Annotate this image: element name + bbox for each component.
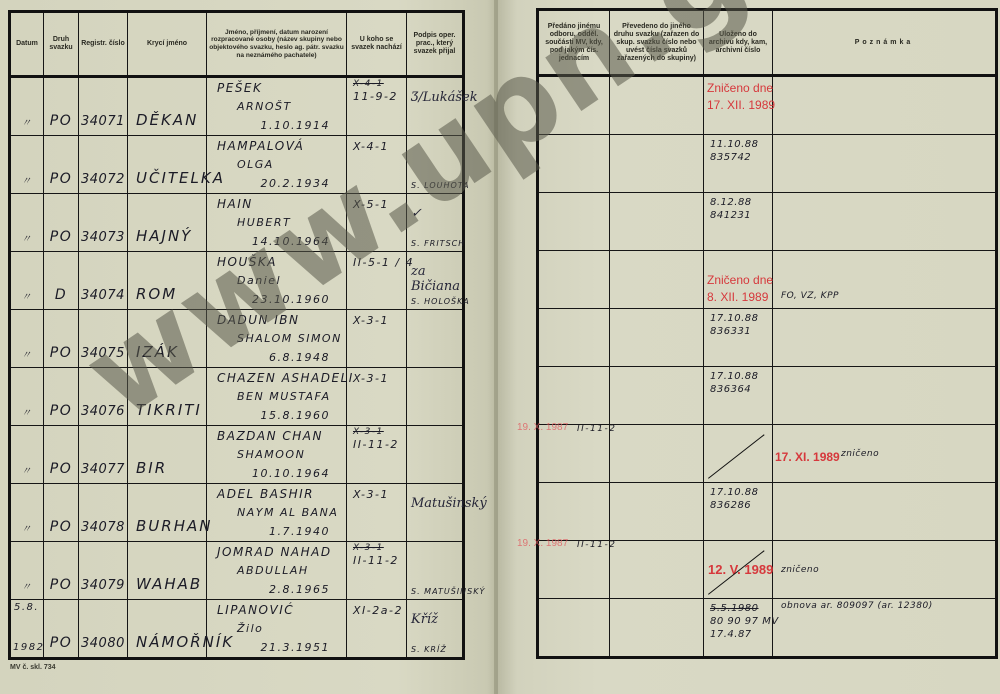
druh-value: PO <box>44 403 78 419</box>
archive-entry: 8.12.88841231 <box>710 196 752 222</box>
table-row: 8.12.88841231 <box>538 193 997 251</box>
registr-value: 34076 <box>81 404 125 419</box>
firstname-value: ABDULLAH <box>237 564 309 577</box>
signature-scrawl: za Bičiana <box>411 264 462 294</box>
archive-line: 11.10.88 <box>710 138 759 151</box>
cell-kryci-jmeno: TIKRITI <box>128 368 207 426</box>
col-header-podpis: Podpis oper. prac., který svazek přijal <box>407 12 464 77</box>
firstname-value: OLGA <box>237 158 274 171</box>
cell-podpis: S. MATUŠINSKÝ <box>407 542 464 600</box>
register-table-left: Datum Druh svazku Registr. číslo Krycí j… <box>8 10 465 660</box>
cell-kryci-jmeno: HAJNÝ <box>128 194 207 252</box>
signature-name: S. LOUHOTA <box>411 181 469 190</box>
archive-line: 836364 <box>710 383 759 396</box>
firstname-value: Žilo <box>237 622 263 635</box>
cell-predano <box>538 76 610 135</box>
cell-u-koho: X-3-1 <box>347 484 407 542</box>
archive-line: 17.4.87 <box>710 628 779 641</box>
cell-kryci-jmeno: DĚKAN <box>128 77 207 136</box>
cell-podpis: Ʒ/Lukášek <box>407 77 464 136</box>
archive-line: 5.5.1980 <box>710 602 779 615</box>
datum-value: 〃 <box>11 114 43 129</box>
cell-datum: 〃 <box>10 77 44 136</box>
cell-prevedeno <box>610 541 704 599</box>
cell-predano <box>538 251 610 309</box>
registr-value: 34079 <box>81 578 125 593</box>
table-row: 17.10.88836364 <box>538 367 997 425</box>
col-header-predano: Předáno jinému odboru, odděl. součásti M… <box>538 10 610 76</box>
archive-entry: 17.10.88836364 <box>710 370 759 396</box>
table-row: 〃 D 34074 ROM HOUŠKA Daniel 23.10.1960 I… <box>10 252 464 310</box>
location-struck-value: X-4-1 <box>353 79 384 89</box>
surname-value: CHAZEN ASHADELI <box>217 371 354 385</box>
cell-registr: 34077 <box>79 426 128 484</box>
cell-poznamka: zničeno <box>773 541 997 599</box>
table-row: Zničeno dne 17. XII. 1989 <box>538 76 997 135</box>
archive-line: 836286 <box>710 499 759 512</box>
cell-predano: 19. X. 1987 II-11-2 <box>538 541 610 599</box>
table-row: 19. X. 1987 II-11-2 17. XI. 1989zničeno <box>538 425 997 483</box>
cross-out-line <box>708 433 768 478</box>
signature-scrawl: Matušinský <box>411 496 487 511</box>
cell-kryci-jmeno: NÁMOŘNÍK <box>128 600 207 659</box>
cell-poznamka <box>773 76 997 135</box>
cell-u-koho: X-3-1 <box>347 310 407 368</box>
archive-line: 17.10.88 <box>710 486 759 499</box>
cell-predano: 19. X. 1987 II-11-2 <box>538 425 610 483</box>
datum-value: 〃 <box>11 404 43 419</box>
location-struck-value: X-3-1 <box>353 427 384 437</box>
firstname-value: BEN MUSTAFA <box>237 390 331 403</box>
cell-datum: 〃 <box>10 136 44 194</box>
datum-value: 〃 <box>11 230 43 245</box>
col-header-poznamka: Poznámka <box>773 10 997 76</box>
birthdate-value: 23.10.1960 <box>252 293 330 306</box>
location-value: X-3-1 <box>353 372 389 385</box>
kryci-jmeno-value: HAJNÝ <box>136 227 192 245</box>
note-value: FO, VZ, KPP <box>781 291 839 301</box>
cell-archiv: 17.10.88836286 <box>704 483 773 541</box>
destroyed-stamp-date: 8. XII. 1989 <box>707 290 768 304</box>
location-value: 11-9-2 <box>353 90 398 103</box>
cell-prevedeno <box>610 135 704 193</box>
note-stamp: 17. XI. 1989 <box>775 450 840 464</box>
archive-line: 841231 <box>710 209 752 222</box>
surname-value: HAMPALOVÁ <box>217 139 304 153</box>
cell-archiv <box>704 425 773 483</box>
archive-line: 17.10.88 <box>710 312 759 325</box>
location-struck-value: X-3-1 <box>353 543 384 553</box>
cell-prevedeno <box>610 483 704 541</box>
received-stamp: 19. X. 1987 <box>517 538 568 549</box>
registr-value: 34077 <box>81 462 125 477</box>
kryci-jmeno-value: WAHAB <box>136 575 202 593</box>
cell-datum: 〃 <box>10 194 44 252</box>
datum-value: 〃 <box>11 462 43 477</box>
cell-registr: 34073 <box>79 194 128 252</box>
firstname-value: ARNOŠT <box>237 100 292 113</box>
cell-kryci-jmeno: IZÁK <box>128 310 207 368</box>
archive-line: 17.10.88 <box>710 370 759 383</box>
cell-druh: PO <box>44 484 79 542</box>
cell-kryci-jmeno: ROM <box>128 252 207 310</box>
cell-archiv: 17.10.88836364 <box>704 367 773 425</box>
location-value: X-5-1 <box>353 198 389 211</box>
archive-entry: 17.10.88836286 <box>710 486 759 512</box>
col-header-prevedeno: Převedeno do jiného druhu svazku (zařaze… <box>610 10 704 76</box>
druh-value: PO <box>44 519 78 535</box>
cell-predano <box>538 193 610 251</box>
note-value: zničeno <box>841 449 879 459</box>
cell-u-koho: X-4-1 <box>347 136 407 194</box>
cell-poznamka <box>773 193 997 251</box>
archive-entry: 11.10.88835742 <box>710 138 759 164</box>
cell-predano <box>538 309 610 367</box>
cell-druh: PO <box>44 77 79 136</box>
table-row: 5.8.1982 PO 34080 NÁMOŘNÍK LIPANOVIĆ Žil… <box>10 600 464 659</box>
surname-value: BAZDAN CHAN <box>217 429 323 443</box>
cell-datum: 〃 <box>10 310 44 368</box>
archive-line: 835742 <box>710 151 759 164</box>
registr-value: 34073 <box>81 230 125 245</box>
cell-predano <box>538 599 610 658</box>
cell-prevedeno <box>610 251 704 309</box>
surname-value: DADUN IBN <box>217 313 300 327</box>
druh-value: D <box>44 287 78 303</box>
col-header-jmeno: Jméno, příjmení, datum narození rozpraco… <box>207 12 347 77</box>
cell-u-koho: X-3-1 <box>347 368 407 426</box>
kryci-jmeno-value: IZÁK <box>136 343 179 361</box>
cell-archiv: 11.10.88835742 <box>704 135 773 193</box>
table-row: 11.10.88835742 <box>538 135 997 193</box>
cell-podpis: Matušinský <box>407 484 464 542</box>
cell-datum: 〃 <box>10 426 44 484</box>
cell-podpis: Kříž S. KRÍŽ <box>407 600 464 659</box>
cell-u-koho: X-3-1II-11-2 <box>347 426 407 484</box>
cell-kryci-jmeno: BURHAN <box>128 484 207 542</box>
druh-value: PO <box>44 635 78 651</box>
kryci-jmeno-value: BIR <box>136 459 167 477</box>
registr-value: 34072 <box>81 172 125 187</box>
firstname-value: NAYM AL BANA <box>237 506 338 519</box>
cell-poznamka <box>773 309 997 367</box>
cell-prevedeno <box>610 193 704 251</box>
surname-value: LIPANOVIĆ <box>217 603 294 617</box>
druh-value: PO <box>44 113 78 129</box>
table-row: 17.10.88836286 <box>538 483 997 541</box>
kryci-jmeno-value: BURHAN <box>136 517 212 535</box>
col-header-datum: Datum <box>10 12 44 77</box>
cell-druh: PO <box>44 136 79 194</box>
kryci-jmeno-value: TIKRITI <box>136 401 202 419</box>
archive-line: 80 90 97 MV <box>710 615 779 628</box>
cell-datum: 〃 <box>10 484 44 542</box>
signature-name: S. KRÍŽ <box>411 645 447 654</box>
table-row: 5.5.198080 90 97 MV17.4.87 obnova ar. 80… <box>538 599 997 658</box>
cell-archiv: Zničeno dne 8. XII. 1989 <box>704 251 773 309</box>
cell-archiv: 17.10.88836331 <box>704 309 773 367</box>
kryci-jmeno-value: ROM <box>136 285 177 303</box>
table-row: 19. X. 1987 II-11-2 12. V. 1989 zničeno <box>538 541 997 599</box>
cell-poznamka <box>773 135 997 193</box>
cell-datum: 〃 <box>10 252 44 310</box>
cell-poznamka <box>773 367 997 425</box>
firstname-value: SHAMOON <box>237 448 305 461</box>
cell-jmeno: HAIN HUBERT 14.10.1964 <box>207 194 347 252</box>
archive-line: 8.12.88 <box>710 196 752 209</box>
druh-value: PO <box>44 461 78 477</box>
cell-poznamka <box>773 483 997 541</box>
birthdate-value: 10.10.1964 <box>252 467 330 480</box>
cell-registr: 34075 <box>79 310 128 368</box>
book-gutter <box>494 0 498 694</box>
cell-jmeno: HAMPALOVÁ OLGA 20.2.1934 <box>207 136 347 194</box>
archive-entry: 17.10.88836331 <box>710 312 759 338</box>
cell-prevedeno <box>610 599 704 658</box>
cross-out-line <box>708 549 768 594</box>
form-code: MV č. skl. 734 <box>10 664 56 671</box>
col-header-druh: Druh svazku <box>44 12 79 77</box>
table-row: 〃 PO 34078 BURHAN ADEL BASHIR NAYM AL BA… <box>10 484 464 542</box>
table-row: 〃 PO 34079 WAHAB JOMRAD NAHAD ABDULLAH 2… <box>10 542 464 600</box>
registr-value: 34071 <box>81 114 125 129</box>
archive-line: 836331 <box>710 325 759 338</box>
cell-u-koho: X-3-1II-11-2 <box>347 542 407 600</box>
table-row: 〃 PO 34071 DĚKAN PEŠEK ARNOŠT 1.10.1914 … <box>10 77 464 136</box>
registr-value: 34074 <box>81 288 125 303</box>
cell-jmeno: HOUŠKA Daniel 23.10.1960 <box>207 252 347 310</box>
col-header-u-koho: U koho se svazek nachází <box>347 12 407 77</box>
archive-entry: 5.5.198080 90 97 MV17.4.87 <box>710 602 779 641</box>
received-stamp: 19. X. 1987 <box>517 422 568 433</box>
table-row: 17.10.88836331 <box>538 309 997 367</box>
cell-druh: PO <box>44 600 79 659</box>
cell-poznamka: obnova ar. 809097 (ar. 12380) <box>773 599 997 658</box>
cell-podpis <box>407 310 464 368</box>
registr-value: 34080 <box>81 636 125 651</box>
cell-prevedeno <box>610 367 704 425</box>
signature-scrawl: Kříž <box>411 612 438 627</box>
cell-jmeno: BAZDAN CHAN SHAMOON 10.10.1964 <box>207 426 347 484</box>
location-value: II-5-1 / 4 <box>353 256 414 269</box>
surname-value: PEŠEK <box>217 81 262 95</box>
cell-predano <box>538 367 610 425</box>
surname-value: HOUŠKA <box>217 255 277 269</box>
location-value: II-11-2 <box>353 438 399 451</box>
cell-predano <box>538 135 610 193</box>
firstname-value: Daniel <box>237 274 281 287</box>
cell-archiv: 8.12.88841231 <box>704 193 773 251</box>
location-value: XI-2a-2 <box>353 604 403 617</box>
cell-podpis: za Bičiana S. HOLOŠKA <box>407 252 464 310</box>
cell-jmeno: PEŠEK ARNOŠT 1.10.1914 <box>207 77 347 136</box>
col-header-kryci-jmeno: Krycí jméno <box>128 12 207 77</box>
cell-druh: PO <box>44 310 79 368</box>
druh-value: PO <box>44 171 78 187</box>
col-header-registr: Registr. číslo <box>79 12 128 77</box>
cell-druh: PO <box>44 368 79 426</box>
registr-value: 34078 <box>81 520 125 535</box>
location-value: X-4-1 <box>353 140 389 153</box>
birthdate-value: 6.8.1948 <box>269 351 330 364</box>
signature-name: S. MATUŠINSKÝ <box>411 587 485 596</box>
signature-name: S. HOLOŠKA <box>411 297 470 306</box>
cell-kryci-jmeno: UČITELKA <box>128 136 207 194</box>
cell-registr: 34072 <box>79 136 128 194</box>
cell-prevedeno <box>610 309 704 367</box>
cell-kryci-jmeno: BIR <box>128 426 207 484</box>
cell-poznamka: 17. XI. 1989zničeno <box>773 425 997 483</box>
cell-jmeno: DADUN IBN SHALOM SIMON 6.8.1948 <box>207 310 347 368</box>
cell-archiv: 5.5.198080 90 97 MV17.4.87 <box>704 599 773 658</box>
firstname-value: HUBERT <box>237 216 291 229</box>
birthdate-value: 20.2.1934 <box>261 177 330 190</box>
cell-datum: 〃 <box>10 368 44 426</box>
register-table-right: Předáno jinému odboru, odděl. součásti M… <box>536 8 998 659</box>
druh-value: PO <box>44 229 78 245</box>
cell-druh: PO <box>44 194 79 252</box>
table-row: 〃 PO 34076 TIKRITI CHAZEN ASHADELI BEN M… <box>10 368 464 426</box>
cell-predano <box>538 483 610 541</box>
druh-value: PO <box>44 345 78 361</box>
cell-druh: PO <box>44 542 79 600</box>
datum-value: 〃 <box>11 520 43 535</box>
druh-value: PO <box>44 577 78 593</box>
note-value: obnova ar. 809097 (ar. 12380) <box>781 601 933 611</box>
header-row: Datum Druh svazku Registr. číslo Krycí j… <box>10 12 464 77</box>
table-row: 〃 PO 34072 UČITELKA HAMPALOVÁ OLGA 20.2.… <box>10 136 464 194</box>
cell-u-koho: II-5-1 / 4 <box>347 252 407 310</box>
datum-year: 1982 <box>13 642 44 653</box>
cell-registr: 34078 <box>79 484 128 542</box>
location-value: X-3-1 <box>353 488 389 501</box>
cell-jmeno: LIPANOVIĆ Žilo 21.3.1951 <box>207 600 347 659</box>
cell-datum: 〃 <box>10 542 44 600</box>
cell-druh: PO <box>44 426 79 484</box>
table-row: 〃 PO 34075 IZÁK DADUN IBN SHALOM SIMON 6… <box>10 310 464 368</box>
datum-value: 〃 <box>11 346 43 361</box>
datum-value: 〃 <box>11 172 43 187</box>
signature-name: S. FRITSCH <box>411 239 465 248</box>
surname-value: ADEL BASHIR <box>217 487 314 501</box>
cell-podpis <box>407 426 464 484</box>
cell-jmeno: ADEL BASHIR NAYM AL BANA 1.7.1940 <box>207 484 347 542</box>
birthdate-value: 21.3.1951 <box>261 641 330 654</box>
cell-u-koho: X-4-111-9-2 <box>347 77 407 136</box>
destroyed-stamp-label: Zničeno dne <box>707 81 773 95</box>
cell-registr: 34076 <box>79 368 128 426</box>
cell-datum: 5.8.1982 <box>10 600 44 659</box>
table-row: Zničeno dne 8. XII. 1989 FO, VZ, KPP <box>538 251 997 309</box>
cell-druh: D <box>44 252 79 310</box>
registr-value: 34075 <box>81 346 125 361</box>
cell-podpis: ✓ S. FRITSCH <box>407 194 464 252</box>
location-value: II-11-2 <box>353 554 399 567</box>
destroyed-stamp-date: 17. XII. 1989 <box>707 98 775 112</box>
firstname-value: SHALOM SIMON <box>237 332 342 345</box>
cell-registr: 34080 <box>79 600 128 659</box>
birthdate-value: 15.8.1960 <box>261 409 330 422</box>
cell-jmeno: JOMRAD NAHAD ABDULLAH 2.8.1965 <box>207 542 347 600</box>
cell-archiv: 12. V. 1989 <box>704 541 773 599</box>
datum-value: 〃 <box>11 578 43 593</box>
cell-archiv: Zničeno dne 17. XII. 1989 <box>704 76 773 135</box>
birthdate-value: 1.10.1914 <box>261 119 330 132</box>
datum-value: 5.8. <box>14 602 39 613</box>
header-row: Předáno jinému odboru, odděl. součásti M… <box>538 10 997 76</box>
table-row: 〃 PO 34073 HAJNÝ HAIN HUBERT 14.10.1964 … <box>10 194 464 252</box>
surname-value: JOMRAD NAHAD <box>217 545 332 559</box>
cell-prevedeno <box>610 425 704 483</box>
cell-registr: 34071 <box>79 77 128 136</box>
cell-kryci-jmeno: WAHAB <box>128 542 207 600</box>
destroyed-stamp-label: Zničeno dne <box>707 273 773 287</box>
table-row: 〃 PO 34077 BIR BAZDAN CHAN SHAMOON 10.10… <box>10 426 464 484</box>
kryci-jmeno-value: DĚKAN <box>136 111 198 129</box>
signature-scrawl: Ʒ/Lukášek <box>411 90 478 105</box>
surname-value: HAIN <box>217 197 253 211</box>
cell-podpis: S. LOUHOTA <box>407 136 464 194</box>
cell-u-koho: X-5-1 <box>347 194 407 252</box>
datum-value: 〃 <box>11 288 43 303</box>
location-value: X-3-1 <box>353 314 389 327</box>
cell-registr: 34074 <box>79 252 128 310</box>
cell-prevedeno <box>610 76 704 135</box>
cell-registr: 34079 <box>79 542 128 600</box>
col-header-archiv: Uloženo do archivu kdy, kam, archivní čí… <box>704 10 773 76</box>
cell-u-koho: XI-2a-2 <box>347 600 407 659</box>
cell-poznamka: FO, VZ, KPP <box>773 251 997 309</box>
cell-podpis <box>407 368 464 426</box>
birthdate-value: 1.7.1940 <box>269 525 330 538</box>
birthdate-value: 2.8.1965 <box>269 583 330 596</box>
birthdate-value: 14.10.1964 <box>252 235 330 248</box>
cell-jmeno: CHAZEN ASHADELI BEN MUSTAFA 15.8.1960 <box>207 368 347 426</box>
signature-scrawl: ✓ <box>411 206 422 221</box>
note-value: zničeno <box>781 565 819 575</box>
